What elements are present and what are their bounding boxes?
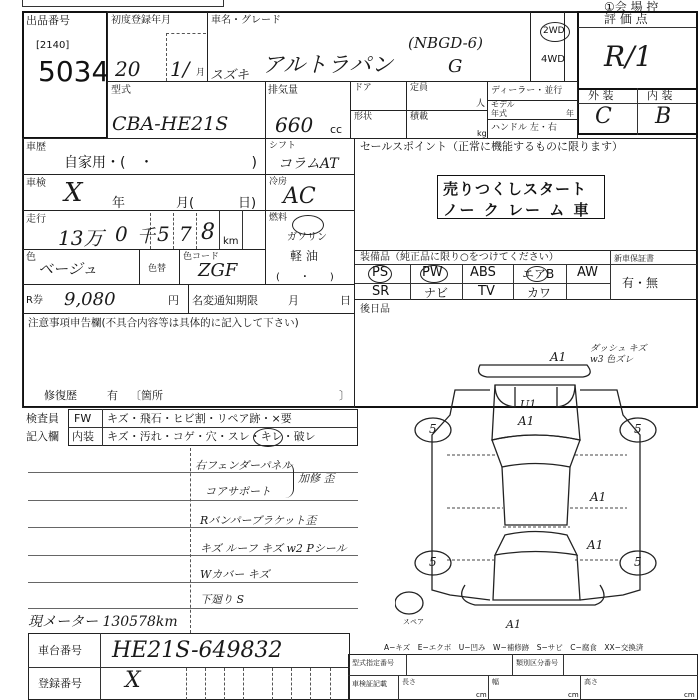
exterior-grade: C [595, 104, 612, 129]
reg-cell-2 [205, 668, 206, 700]
reg-cell-5 [272, 668, 273, 700]
history-label: 車歴 [26, 142, 46, 153]
inspection-month-unit: 月( [176, 192, 194, 211]
remark-bracket [285, 462, 294, 498]
tire-mark-rr: 5 [634, 555, 642, 569]
color-change-label: 色替 [148, 264, 166, 275]
inspection-label: 車検 [26, 178, 46, 189]
displacement-unit: cc [330, 124, 342, 135]
drive-4wd: 4WD [541, 54, 565, 65]
car-chassis-code: (NBGD-6) [408, 34, 483, 52]
equipment-warranty-divider [610, 250, 611, 300]
capacity-unit: 人 [476, 99, 485, 110]
equip-sr: SR [372, 284, 389, 299]
equip-col-1 [410, 264, 411, 300]
equip-leather: カワ [527, 284, 551, 301]
later-items-label: 後日品 [360, 304, 390, 315]
mileage-cell-2 [173, 213, 174, 249]
inspection-year-unit: 年 [112, 192, 125, 211]
equip-tv: TV [478, 284, 495, 299]
first-reg-year: 20 [115, 57, 140, 81]
mileage-man: 13万 [58, 222, 103, 251]
first-reg-divider [166, 33, 167, 81]
dim-col-1 [398, 675, 399, 700]
score-vdivider [637, 88, 638, 135]
remark-3: キズ ルーフ キズ w2 Pシール [200, 540, 347, 556]
door-label: ドア [354, 83, 372, 94]
inspection-mark: X [64, 178, 83, 208]
type-col-2 [512, 654, 513, 675]
displacement-value: 660 [275, 113, 313, 137]
interior-label: 内 装 [647, 90, 673, 101]
name-change-label: 名変通知期限 [192, 295, 258, 306]
lot-code: [2140] [36, 40, 69, 51]
mileage-digit-4: 8 [201, 220, 215, 245]
reg-cell-4 [243, 668, 244, 700]
remark-4: Wカバー キズ [200, 566, 270, 582]
tire-mark-fl: 5 [429, 422, 437, 436]
dealer-label: ディーラー・並行 [491, 86, 562, 97]
reg-cell-6 [291, 668, 292, 700]
mileage-digit-3: 7 [179, 222, 192, 246]
registration-number-label: 登録番号 [38, 678, 82, 689]
car-name-label: 車名・グレード [211, 15, 281, 26]
lot-number: 5034 [38, 55, 109, 88]
repair-value: 有 [107, 390, 118, 401]
interior-inspect-items: キズ・汚れ・コゲ・穴・スレ・キレ・破レ [107, 431, 316, 442]
car-diagram [395, 345, 700, 625]
fuel-diesel: 軽 油 [290, 247, 318, 264]
reg-cell-8 [330, 668, 331, 700]
dim-col-3 [580, 675, 581, 700]
warranty-value: 有・無 [622, 274, 658, 291]
equip-col-4 [566, 264, 567, 300]
lot-label: 出品番号 [26, 15, 70, 26]
equip-circle-pw [420, 265, 448, 283]
model-type-label: 型式 [111, 85, 131, 96]
handle-label: ハンドル 左・右 [491, 123, 557, 134]
equip-col-2 [462, 264, 463, 300]
inspector-row-line [68, 427, 358, 428]
model-year-label1: モデル [491, 100, 515, 109]
inspection-box [22, 174, 266, 211]
name-change-day: 日 [340, 295, 351, 306]
capacity-label: 定員 [410, 83, 428, 94]
score-label: 評 価 点 [604, 14, 648, 25]
inspector-label2: 記入欄 [26, 431, 59, 442]
type-designation-label: 型式指定番号 [352, 658, 394, 669]
model-type-value: CBA-HE21S [112, 113, 228, 135]
mileage-label: 走行 [26, 214, 46, 225]
equip-circle-airbag [526, 266, 548, 282]
diagram-mark-right-rear: A1 [587, 538, 603, 552]
type-row-line [348, 675, 698, 676]
color-label: 色 [26, 252, 36, 263]
history-value: 自家用・( ・ ) [64, 152, 257, 172]
reg-cell-7 [310, 668, 311, 700]
inspector-col-line [102, 409, 103, 446]
remark-divider [190, 448, 191, 633]
width-unit: cm [568, 690, 579, 700]
load-label: 積載 [410, 112, 428, 123]
name-change-month: 月 [288, 295, 299, 306]
exterior-label: 外 装 [588, 90, 614, 101]
shift-value: コラムAT [278, 153, 339, 173]
chassis-number-value: HE21S-649832 [112, 638, 283, 663]
diagram-mark-front-bumper: A1 [550, 350, 566, 364]
equipment-label: 装備品（純正品に限り○をつけてください） [360, 252, 559, 263]
sales-point-label: セールスポイント（正常に機能するものに限ります） [360, 141, 623, 152]
remark-line-5 [28, 582, 358, 583]
color-value: ベージュ [38, 258, 97, 279]
warranty-label: 新車保証書 [614, 253, 654, 264]
mileage-unit: km [223, 236, 239, 247]
equip-aw: AW [577, 265, 598, 280]
mileage-digit-0: 0 [115, 222, 128, 246]
model-year-unit: 年 [566, 108, 574, 119]
first-reg-month: 1/ [170, 57, 189, 81]
type-col-3 [563, 654, 564, 675]
car-model: アルトラパン [262, 48, 393, 79]
class-number-label: 類別区分番号 [516, 658, 558, 669]
tire-mark-rl: 5 [429, 555, 437, 569]
aircon-value: AC [283, 184, 316, 209]
recycle-unit: 円 [168, 295, 179, 306]
sales-stamp-line2: ノー ク レー ム 車 [443, 199, 590, 220]
dim-col-2 [488, 675, 489, 700]
fuel-gasoline: ガソリン [287, 228, 327, 243]
interior-inspect-label: 内装 [72, 431, 94, 442]
first-reg-label: 初度登録年月 [111, 15, 171, 26]
drive-2wd: 2WD [543, 26, 565, 37]
fw-label: FW [74, 413, 91, 424]
model-year-label2: 年式 [491, 109, 507, 118]
inspector-label1: 検査員 [26, 413, 59, 424]
notes-label: 注意事項申告欄(不具合内容等は具体的に記入して下さい) [28, 318, 299, 329]
first-reg-month-unit: 月 [196, 68, 205, 79]
equip-circle-ps [368, 265, 392, 283]
remark-line-6 [28, 608, 358, 609]
remark-bracket-note: 加修 歪 [298, 470, 335, 486]
remark-1: コアサポート [205, 483, 271, 499]
length-unit: cm [476, 690, 487, 700]
fuel-other: ( ・ ) [276, 268, 334, 283]
remark-0: 右フェンダーパネル [195, 457, 292, 473]
damage-legend: A−キズ E−エクボ U−凹み W−補修跡 S−サビ C−腐食 XX−交換済 [384, 642, 643, 653]
diagram-mark-hood-a: A1 [518, 414, 534, 428]
equip-abs: ABS [470, 265, 496, 280]
repair-label: 修復歴 [44, 390, 77, 401]
width-label: 幅 [492, 677, 499, 688]
diagram-note: ダッシュ キズ w3 色ズレ [590, 344, 660, 366]
remark-2: Rバンパーブラケット歪 [200, 512, 316, 528]
mileage-digit-2: 5 [157, 222, 170, 246]
type-col-1 [406, 654, 407, 675]
displacement-label: 排気量 [268, 85, 298, 96]
inspection-day-unit: 日) [238, 192, 256, 211]
shift-label: シフト [269, 141, 296, 152]
fw-items: キズ・飛石・ヒビ割・リペア跡・×要 [107, 413, 292, 424]
car-grade: G [448, 56, 462, 77]
fuel-label: 燃料 [269, 213, 287, 224]
equip-col-3 [513, 264, 514, 300]
top-grid [22, 0, 224, 7]
mileage-digit-1: 千 [137, 222, 155, 248]
recycle-value: 9,080 [64, 289, 116, 310]
diagram-mark-right-door: A1 [590, 490, 606, 504]
reg-cell-3 [224, 668, 225, 700]
length-label: 長さ [402, 677, 416, 688]
reg-cell-1 [186, 668, 187, 700]
dimensions-label: 車検証記載 [352, 679, 387, 690]
diagram-mark-rear-bumper: A1 [506, 618, 521, 631]
first-reg-divider-top [166, 33, 206, 34]
repair-location: 〔箇所 〕 [130, 390, 350, 401]
sales-stamp-line1: 売りつくしスタート [443, 178, 587, 199]
recycle-label: R券 [26, 295, 43, 306]
current-meter: 現メーター 130578km [28, 611, 178, 631]
mileage-cell-5 [242, 210, 243, 250]
diagram-mark-hood-u: U1 [520, 398, 536, 411]
mileage-cell-4 [219, 210, 220, 250]
score-value: R/1 [604, 40, 652, 73]
registration-number-value: X [125, 668, 141, 693]
tire-mark-fr: 5 [634, 422, 642, 436]
interior-grade: B [655, 104, 671, 129]
height-unit: cm [684, 690, 695, 700]
spare-label: スペア [403, 617, 424, 628]
remark-5: 下廻り S [200, 591, 244, 607]
score-label-line [578, 27, 696, 28]
mileage-cell-3 [196, 213, 197, 249]
inspect-circle-sure [253, 428, 283, 447]
color-code-value: ZGF [198, 260, 237, 281]
remark-line-2 [28, 500, 358, 501]
height-label: 高さ [584, 677, 598, 688]
shape-label: 形状 [354, 112, 372, 123]
chassis-number-label: 車台番号 [38, 645, 82, 656]
chassis-row-line [28, 667, 350, 668]
equip-navi: ナビ [424, 284, 448, 301]
